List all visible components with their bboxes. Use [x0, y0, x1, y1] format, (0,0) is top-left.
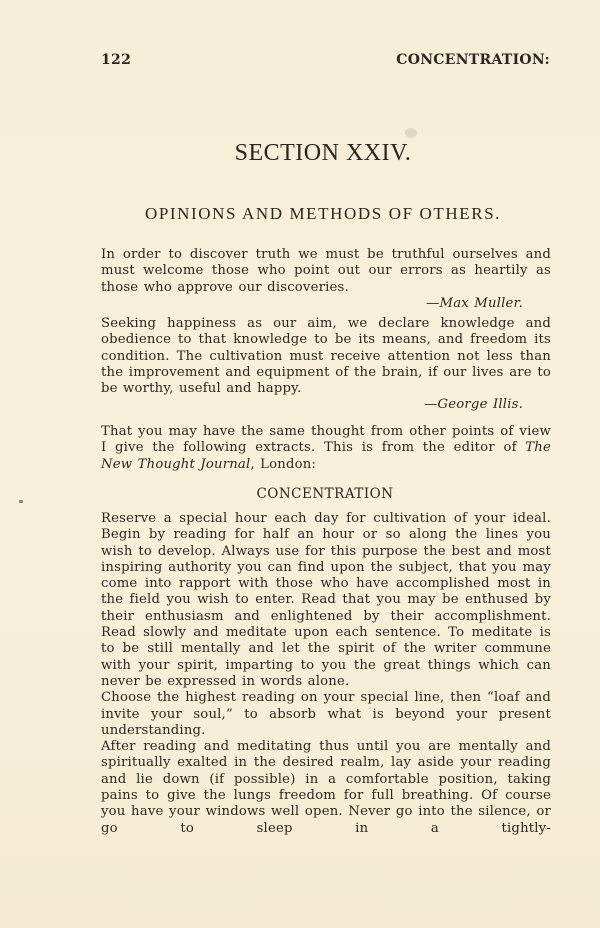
page-number: 122 — [101, 52, 131, 68]
running-head: 122 CONCENTRATION: — [101, 52, 550, 68]
book-page: 122 CONCENTRATION: SECTION XXIV. OPINION… — [0, 0, 600, 928]
extract-body: Reserve a special hour each day for cult… — [101, 511, 551, 837]
quote-max-muller: In order to discover truth we must be tr… — [101, 247, 551, 312]
section-title: SECTION XXIV. — [0, 140, 600, 167]
intro-text: That you may have the same thought from … — [101, 424, 551, 473]
extract-paragraph: Reserve a special hour each day for cult… — [101, 511, 551, 690]
intro-paragraph: That you may have the same thought from … — [101, 424, 551, 473]
section-subtitle: OPINIONS AND METHODS OF OTHERS. — [0, 204, 600, 224]
quote-text: Seeking happiness as our aim, we declare… — [101, 316, 551, 397]
extract-paragraph: Choose the highest reading on your speci… — [101, 690, 551, 739]
paper-smudge — [405, 128, 417, 138]
extract-heading: CONCENTRATION — [0, 486, 600, 502]
quote-attribution: —George Illis. — [101, 397, 551, 413]
quote-attribution: —Max Muller. — [101, 296, 551, 312]
intro-before: That you may have the same thought from … — [101, 424, 551, 455]
quote-george-illis: Seeking happiness as our aim, we declare… — [101, 316, 551, 414]
book-title: CONCENTRATION: — [396, 52, 550, 68]
quote-text: In order to discover truth we must be tr… — [101, 247, 551, 296]
intro-after: , London: — [250, 457, 316, 472]
extract-paragraph: After reading and meditating thus until … — [101, 739, 551, 837]
